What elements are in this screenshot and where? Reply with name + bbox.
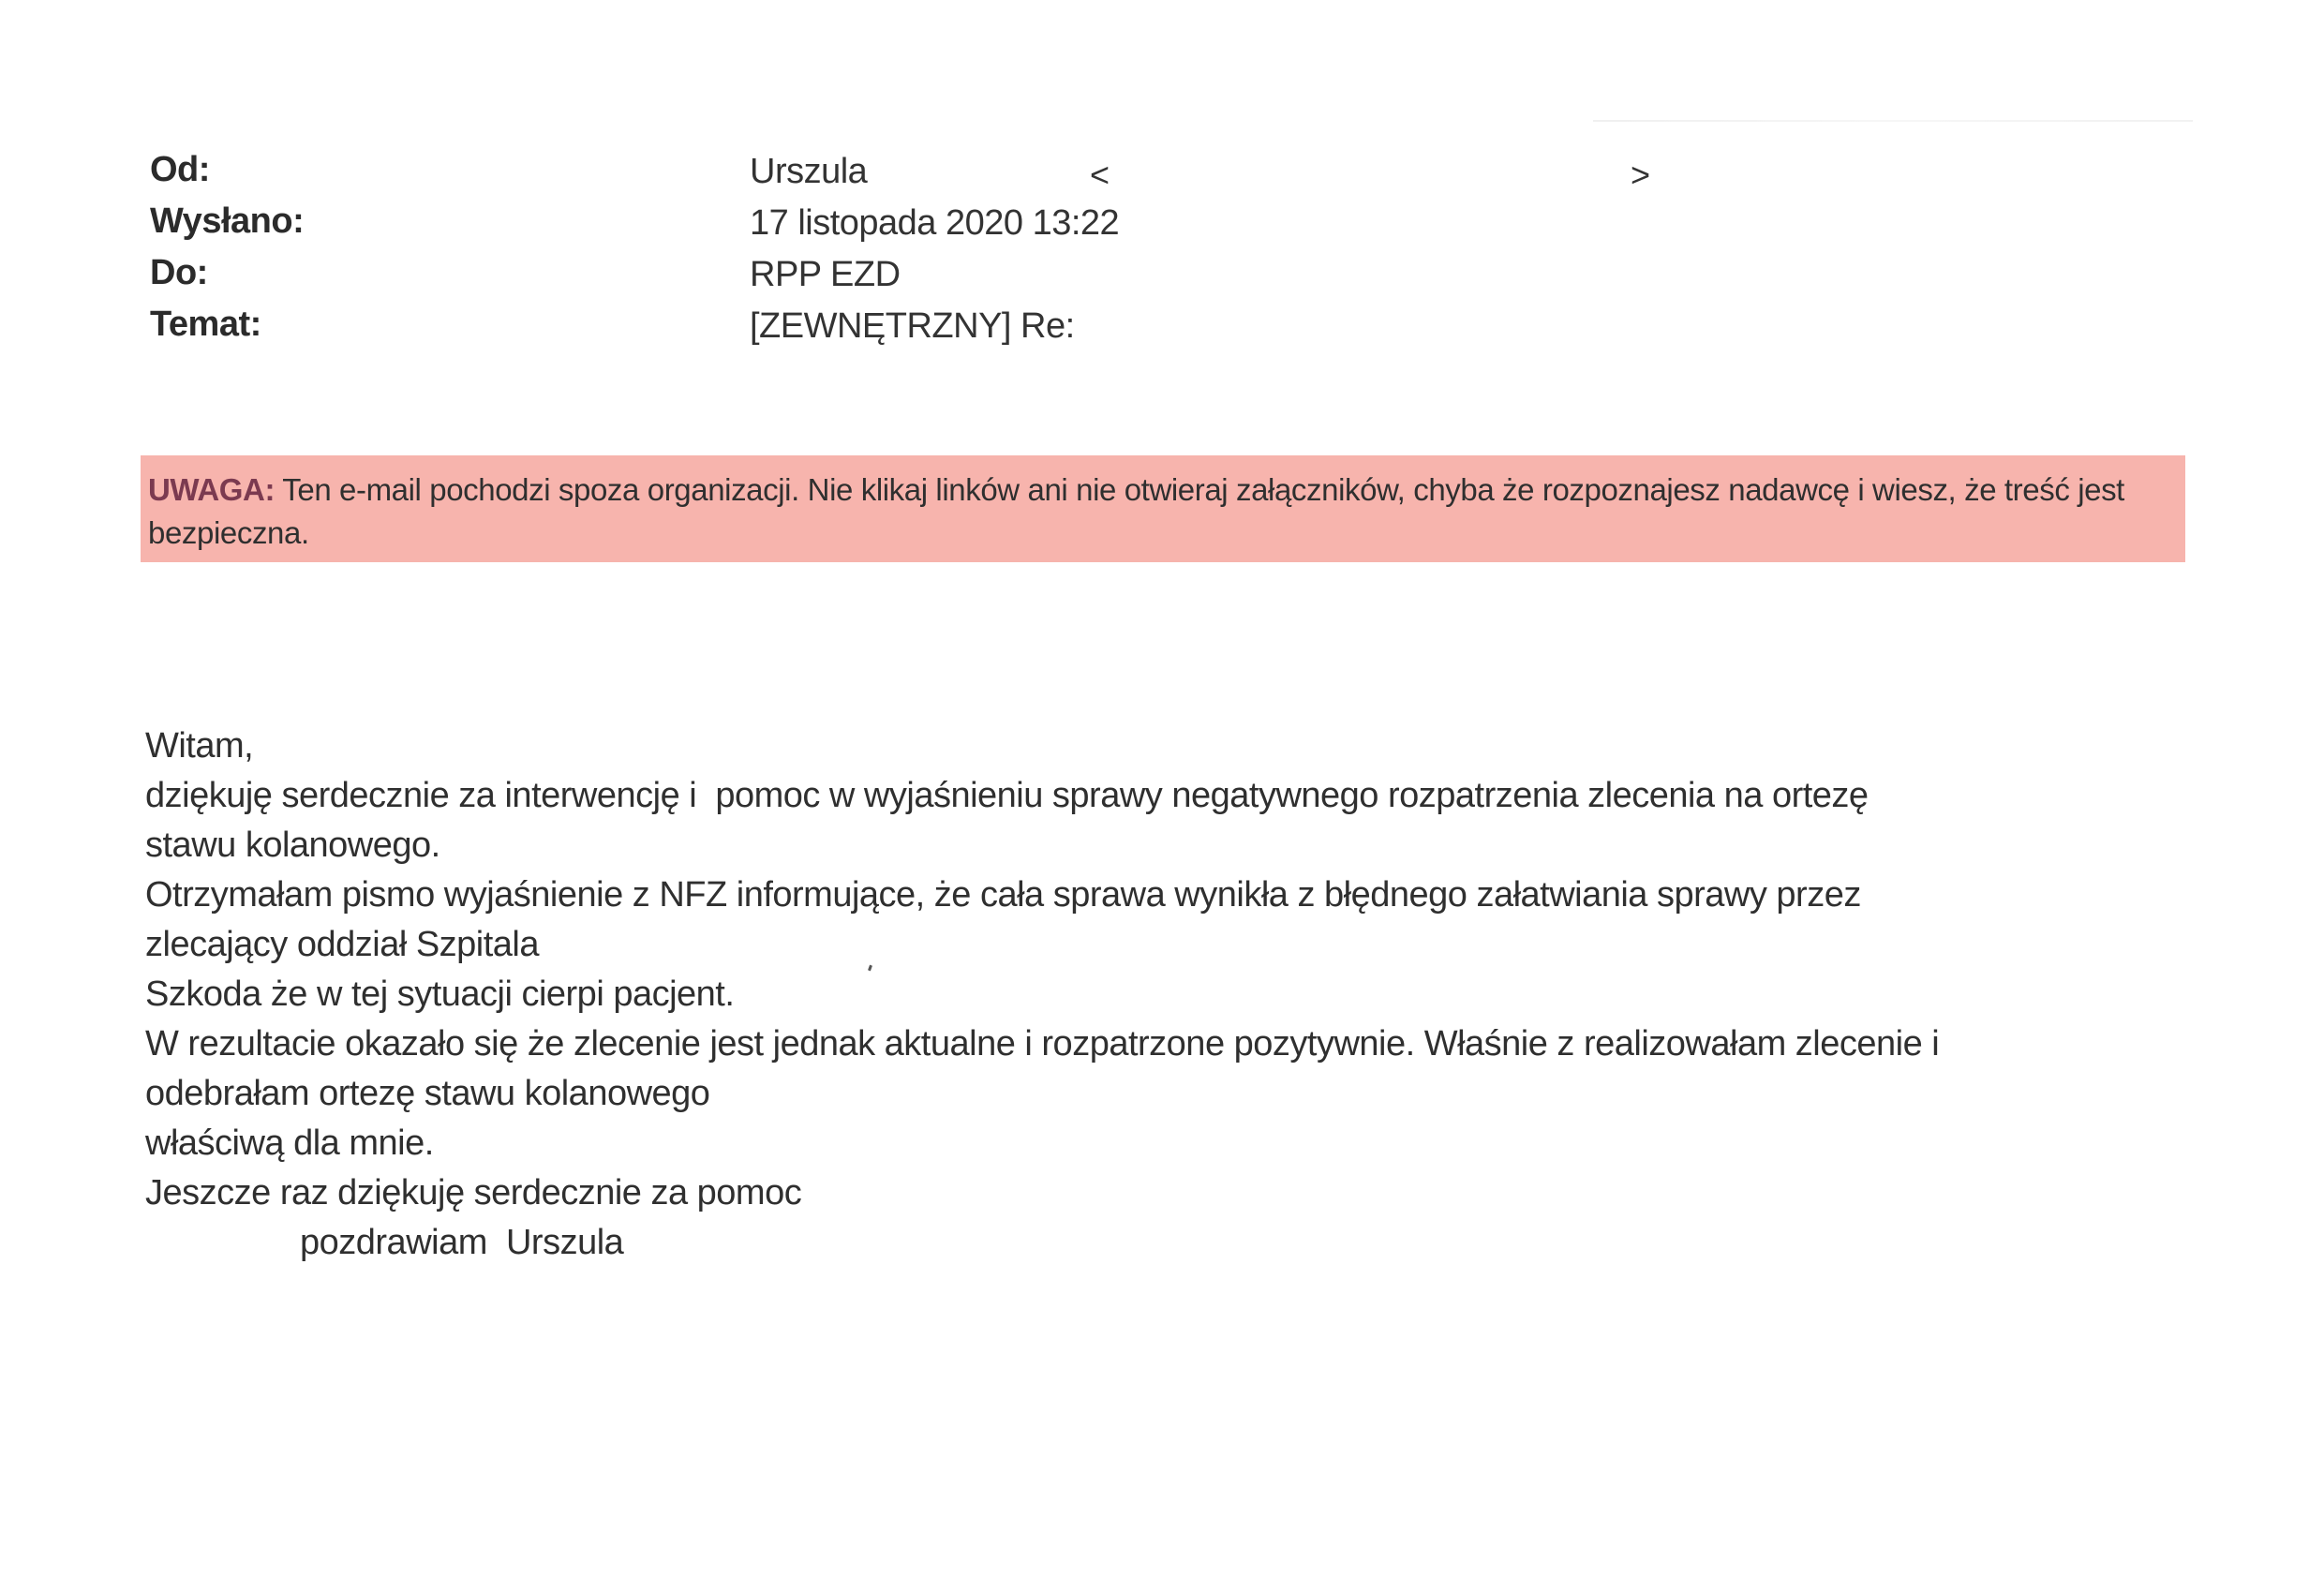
from-value: Urszula — [750, 152, 867, 192]
external-email-warning-banner: UWAGA: Ten e-mail pochodzi spoza organiz… — [141, 455, 2185, 562]
warning-message: Ten e-mail pochodzi spoza organizacji. N… — [148, 472, 2124, 550]
body-line: Otrzymałam pismo wyjaśnienie z NFZ infor… — [145, 870, 2301, 920]
from-label: Od: — [150, 150, 210, 190]
body-line: Witam, — [145, 722, 2301, 771]
subject-label: Temat: — [150, 305, 261, 345]
header-row-sent: Wysłano: 17 listopada 2020 13:22 — [150, 201, 2212, 253]
warning-text: UWAGA: Ten e-mail pochodzi spoza organiz… — [148, 469, 2172, 555]
warning-label: UWAGA: — [148, 472, 275, 507]
subject-value: [ZEWNĘTRZNY] Re: — [750, 306, 1075, 347]
email-header: Od: Urszula < > Wysłano: 17 listopada 20… — [150, 150, 2212, 356]
body-line: stawu kolanowego. — [145, 821, 2301, 870]
header-row-subject: Temat: [ZEWNĘTRZNY] Re: — [150, 305, 2212, 356]
body-line: Szkoda że w tej sytuacji cierpi pacjent. — [145, 970, 2301, 1019]
body-line: W rezultacie okazało się że zlecenie jes… — [145, 1019, 2301, 1069]
header-row-from: Od: Urszula < > — [150, 150, 2212, 201]
body-line: zlecający oddział Szpitala — [145, 920, 2301, 970]
body-line: Jeszcze raz dziękuję serdecznie za pomoc — [145, 1168, 2301, 1218]
header-row-to: Do: RPP EZD — [150, 253, 2212, 305]
address-close-bracket: > — [1631, 156, 1650, 195]
sent-value: 17 listopada 2020 13:22 — [750, 203, 1119, 244]
address-open-bracket: < — [1090, 156, 1110, 195]
body-line: dziękuję serdecznie za interwencję i pom… — [145, 771, 2301, 821]
body-line: właściwą dla mnie. — [145, 1119, 2301, 1168]
signature: pozdrawiam Urszula — [145, 1218, 2301, 1268]
scan-artifact-line — [1593, 120, 2193, 122]
body-line: odebrałam ortezę stawu kolanowego — [145, 1069, 2301, 1119]
to-label: Do: — [150, 253, 208, 293]
email-body: Witam, dziękuję serdecznie za interwencj… — [145, 722, 2301, 1268]
to-value: RPP EZD — [750, 255, 901, 295]
sent-label: Wysłano: — [150, 201, 304, 242]
